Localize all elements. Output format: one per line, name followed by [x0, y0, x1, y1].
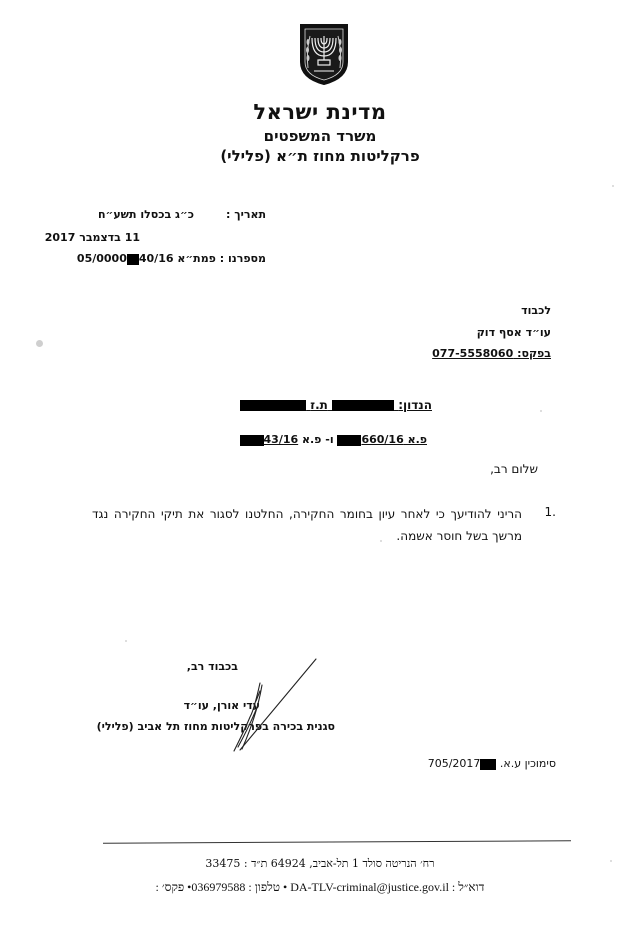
cc-reference-value: 705/2017 — [428, 757, 481, 770]
letterhead-office: פרקליטות מחוז ת״א (פלילי) — [0, 147, 640, 165]
redaction-block — [127, 254, 139, 265]
bullet: • — [283, 880, 287, 894]
subject-id-label: ת.ז — [310, 398, 328, 412]
email-label: דוא״ל : — [452, 880, 485, 894]
subject-line: הנדון: ת.ז — [240, 398, 432, 412]
reference-value: 05/000040/16 — [77, 252, 174, 265]
letterhead-ministry: משרד המשפטים — [0, 127, 640, 145]
cc-reference: סימוכין ע.א. 705/2017 — [428, 757, 556, 770]
fax-label: פקס׳ : — [156, 880, 185, 894]
recipient-fax: בפקס: 077-5558060 — [432, 347, 551, 360]
letterhead-state: מדינת ישראל — [0, 100, 640, 124]
reference-label: מספרנו : פמת״א — [177, 252, 266, 265]
case-numbers: פ.א 660/16 ו- פ.א 43/16 — [240, 433, 427, 446]
redaction-block — [240, 400, 306, 411]
list-item-number: 1. — [545, 505, 556, 519]
date-label: תאריך : — [226, 208, 266, 221]
menorah-emblem-icon — [298, 22, 350, 86]
list-item-text: הריני להודיעך כי לאחר עיון בחומר החקירה,… — [92, 503, 522, 547]
recipient-name: עו״ד אסף דוק — [477, 326, 551, 339]
footer-address: רח׳ הנריטה סולד 1 תל-אביב, 64924 ת״ד : 3… — [0, 857, 640, 870]
scan-speck — [125, 640, 127, 642]
scan-speck — [380, 540, 382, 542]
email-link[interactable]: DA-TLV-criminal@justice.gov.il — [290, 880, 449, 894]
phone-number: 036979588 — [191, 880, 245, 894]
redaction-block — [480, 759, 496, 770]
reference-number: מספרנו : פמת״א 05/000040/16 — [77, 252, 266, 265]
redaction-block — [240, 435, 264, 446]
footer-contact: דוא״ל : DA-TLV-criminal@justice.gov.il •… — [0, 880, 640, 895]
scan-speck — [36, 340, 43, 347]
date-gregorian: 11 בדצמבר 2017 — [45, 231, 140, 244]
date-hebrew: כ״ג בכסלו תשע״ח — [98, 208, 194, 221]
redaction-block — [337, 435, 361, 446]
cc-reference-label: סימוכין ע.א. — [500, 757, 556, 770]
case-join: ו- פ.א — [302, 433, 334, 446]
subject-label: הנדון: — [398, 398, 432, 412]
scan-speck — [612, 185, 614, 187]
handwritten-signature-icon — [220, 655, 320, 755]
redaction-block — [332, 400, 394, 411]
scan-speck — [540, 410, 542, 412]
greeting: שלום רב, — [490, 462, 538, 476]
phone-label: טלפון : — [248, 880, 280, 894]
case-a: פ.א 660/16 — [337, 433, 427, 446]
footer-divider — [103, 840, 571, 844]
case-b: 43/16 — [240, 433, 299, 446]
recipient-salutation: לכבוד — [521, 304, 551, 317]
scan-speck — [610, 860, 612, 862]
